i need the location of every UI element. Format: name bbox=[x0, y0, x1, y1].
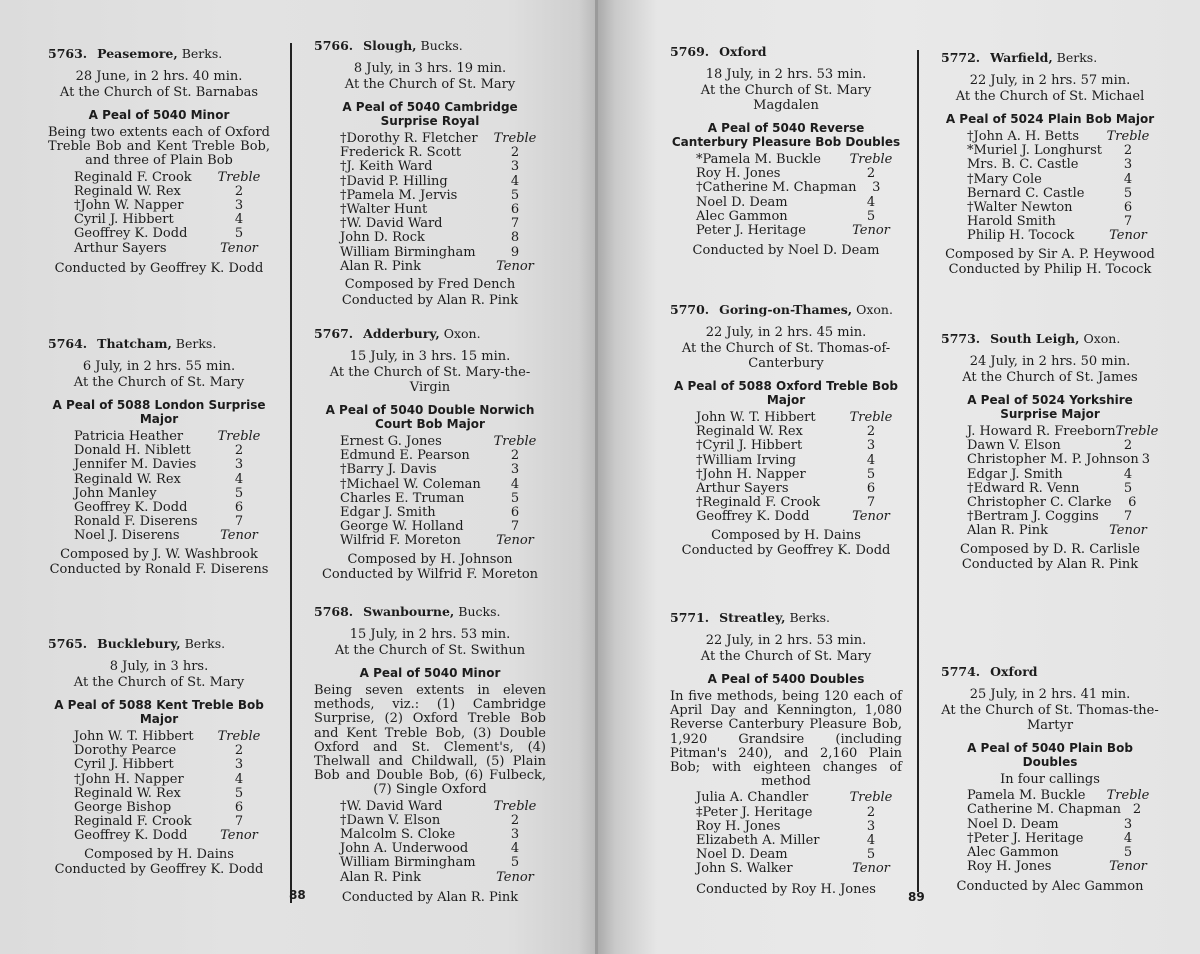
ringer-bell: Tenor bbox=[846, 224, 896, 238]
peal-entry: 5766.Slough, Bucks.8 July, in 3 hrs. 19 … bbox=[314, 38, 546, 326]
ringer-bell: 5 bbox=[1103, 187, 1153, 201]
ringer-row: Roy H. Jones2 bbox=[696, 167, 896, 181]
ringer-bell: 3 bbox=[214, 458, 264, 472]
ringer-name: †J. Keith Ward bbox=[340, 160, 432, 174]
ringer-row: William Birmingham5 bbox=[340, 856, 540, 870]
ringer-bell: 5 bbox=[490, 189, 540, 203]
ringer-row: Dawn V. Elson2 bbox=[967, 439, 1153, 453]
ringer-name: Arthur Sayers bbox=[696, 482, 789, 496]
peal-church: At the Church of St. Mary bbox=[48, 675, 270, 690]
peal-place: Oxford bbox=[719, 44, 766, 59]
peal-church: At the Church of St. Mary bbox=[48, 375, 270, 390]
ringer-row: John D. Rock8 bbox=[340, 231, 540, 245]
ringer-row: †Dawn V. Elson2 bbox=[340, 814, 540, 828]
ringer-row: Reginald W. Rex2 bbox=[74, 185, 264, 199]
peal-church: At the Church of St. Mary Magdalen bbox=[670, 83, 902, 113]
peal-entry: 5769.Oxford 18 July, in 2 hrs. 53 min.At… bbox=[670, 44, 902, 302]
ringer-row: Edgar J. Smith4 bbox=[967, 468, 1153, 482]
peal-heading: 5773.South Leigh, Oxon. bbox=[941, 331, 1159, 346]
peal-entry: 5768.Swanbourne, Bucks.15 July, in 2 hrs… bbox=[314, 604, 546, 905]
ringer-name: Julia A. Chandler bbox=[696, 791, 808, 805]
ringer-name: †John H. Napper bbox=[74, 773, 184, 787]
ringer-name: Cyril J. Hibbert bbox=[74, 213, 174, 227]
ringer-row: Cyril J. Hibbert4 bbox=[74, 213, 264, 227]
peal-county: Berks. bbox=[789, 610, 830, 625]
peal-title: A Peal of 5040 Double Norwich Court Bob … bbox=[314, 403, 546, 431]
ringer-name: Christopher M. P. Johnson bbox=[967, 453, 1139, 467]
ringer-bell: Tenor bbox=[846, 510, 896, 524]
peal-place: Peasemore, bbox=[97, 46, 178, 61]
peal-band: Julia A. ChandlerTreble‡Peter J. Heritag… bbox=[670, 791, 902, 876]
peal-conductor: Conducted by Wilfrid F. Moreton bbox=[314, 567, 546, 583]
ringer-name: Charles E. Truman bbox=[340, 492, 464, 506]
ringer-name: †John W. Napper bbox=[74, 199, 183, 213]
peal-conductor: Conducted by Alan R. Pink bbox=[314, 890, 546, 906]
peal-date: 22 July, in 2 hrs. 53 min. bbox=[670, 633, 902, 648]
peal-number: 5772. bbox=[941, 50, 980, 65]
ringer-row: †Edward R. Venn5 bbox=[967, 482, 1153, 496]
ringer-row: Geoffrey K. Dodd6 bbox=[74, 501, 264, 515]
peal-conductor: Conducted by Geoffrey K. Dodd bbox=[48, 261, 270, 277]
ringer-name: Reginald W. Rex bbox=[74, 185, 181, 199]
ringer-bell: Treble bbox=[846, 791, 896, 805]
peal-band: †John A. H. BettsTreble*Muriel J. Longhu… bbox=[941, 130, 1159, 244]
peal-church: At the Church of St. Mary-the-Virgin bbox=[314, 365, 546, 395]
ringer-bell: 3 bbox=[1103, 818, 1153, 832]
peal-place: Swanbourne, bbox=[363, 604, 454, 619]
ringer-bell: 5 bbox=[214, 227, 264, 241]
ringer-name: †David P. Hilling bbox=[340, 175, 448, 189]
ringer-name: Christopher C. Clarke bbox=[967, 496, 1112, 510]
peal-date: 24 July, in 2 hrs. 50 min. bbox=[941, 354, 1159, 369]
ringer-row: J. Howard R. FreebornTreble bbox=[967, 425, 1153, 439]
ringer-bell: Tenor bbox=[214, 829, 264, 843]
ringer-name: Noel J. Diserens bbox=[74, 529, 180, 543]
peal-conductor: Conducted by Ronald F. Diserens bbox=[48, 562, 270, 578]
ringer-bell: Treble bbox=[214, 730, 264, 744]
ringer-bell: 2 bbox=[846, 806, 896, 820]
peal-band: Ernest G. JonesTrebleEdmund E. Pearson2†… bbox=[314, 435, 546, 549]
ringer-name: †Michael W. Coleman bbox=[340, 478, 481, 492]
ringer-row: Alan R. PinkTenor bbox=[340, 871, 540, 885]
ringer-name: Donald H. Niblett bbox=[74, 444, 191, 458]
ringer-bell: 4 bbox=[490, 478, 540, 492]
peal-band: †W. David WardTreble†Dawn V. Elson2Malco… bbox=[314, 800, 546, 885]
ringer-name: Malcolm S. Cloke bbox=[340, 828, 455, 842]
ringer-row: †Barry J. Davis3 bbox=[340, 463, 540, 477]
ringer-name: †Walter Newton bbox=[967, 201, 1073, 215]
ringer-name: †Reginald F. Crook bbox=[696, 496, 820, 510]
peal-church: At the Church of St. Swithun bbox=[314, 643, 546, 658]
ringer-bell: Tenor bbox=[214, 529, 264, 543]
ringer-row: †J. Keith Ward3 bbox=[340, 160, 540, 174]
peal-title: A Peal of 5088 Oxford Treble Bob Major bbox=[670, 379, 902, 407]
ringer-bell: 2 bbox=[214, 444, 264, 458]
ringer-name: Peter J. Heritage bbox=[696, 224, 806, 238]
ringer-bell: 3 bbox=[490, 463, 540, 477]
peal-date: 15 July, in 3 hrs. 15 min. bbox=[314, 349, 546, 364]
peal-composer: Composed by J. W. Washbrook bbox=[48, 547, 270, 563]
column-r1: 5769.Oxford 18 July, in 2 hrs. 53 min.At… bbox=[670, 44, 902, 897]
peal-composer: Composed by H. Johnson bbox=[314, 552, 546, 568]
ringer-bell: 3 bbox=[1103, 158, 1153, 172]
ringer-row: Roy H. JonesTenor bbox=[967, 860, 1153, 874]
ringer-bell: 5 bbox=[490, 856, 540, 870]
peal-number: 5766. bbox=[314, 38, 353, 53]
ringer-name: †William Irving bbox=[696, 454, 796, 468]
ringer-bell: 4 bbox=[1103, 173, 1153, 187]
peal-composer: Composed by Fred Dench bbox=[314, 277, 546, 293]
peal-title: A Peal of 5040 Reverse Canterbury Pleasu… bbox=[670, 121, 902, 149]
ringer-row: †Michael W. Coleman4 bbox=[340, 478, 540, 492]
ringer-name: †Cyril J. Hibbert bbox=[696, 439, 802, 453]
ringer-bell: 5 bbox=[1103, 846, 1153, 860]
peal-number: 5768. bbox=[314, 604, 353, 619]
peal-title: A Peal of 5088 Kent Treble Bob Major bbox=[48, 698, 270, 726]
peal-band: †Dorothy R. FletcherTrebleFrederick R. S… bbox=[314, 132, 546, 274]
ringer-name: Philip H. Tocock bbox=[967, 229, 1074, 243]
ringer-bell: 3 bbox=[856, 181, 896, 195]
peal-place: Thatcham, bbox=[97, 336, 172, 351]
ringer-row: †Walter Hunt6 bbox=[340, 203, 540, 217]
peal-date: 22 July, in 2 hrs. 57 min. bbox=[941, 73, 1159, 88]
ringer-bell: 4 bbox=[1103, 468, 1153, 482]
ringer-bell: Tenor bbox=[846, 862, 896, 876]
peal-date: 8 July, in 3 hrs. 19 min. bbox=[314, 61, 546, 76]
peal-title: A Peal of 5040 Minor bbox=[314, 666, 546, 680]
ringer-row: †W. David WardTreble bbox=[340, 800, 540, 814]
ringer-bell: Tenor bbox=[1103, 229, 1153, 243]
peal-entry: 5770.Goring-on-Thames, Oxon.22 July, in … bbox=[670, 302, 902, 610]
peal-description: Being two extents each of Oxford Treble … bbox=[48, 126, 270, 169]
peal-band: J. Howard R. FreebornTrebleDawn V. Elson… bbox=[941, 425, 1159, 539]
ringer-name: †Dawn V. Elson bbox=[340, 814, 440, 828]
ringer-row: John Manley5 bbox=[74, 487, 264, 501]
peal-conductor: Conducted by Philip H. Tocock bbox=[941, 262, 1159, 278]
ringer-row: †Bertram J. Coggins7 bbox=[967, 510, 1153, 524]
peal-county: Berks. bbox=[182, 46, 223, 61]
peal-county: Oxon. bbox=[1083, 331, 1120, 346]
ringer-row: †John H. Napper4 bbox=[74, 773, 264, 787]
ringer-bell: 4 bbox=[846, 196, 896, 210]
ringer-row: †Catherine M. Chapman3 bbox=[696, 181, 896, 195]
ringer-bell: 3 bbox=[846, 820, 896, 834]
page-number-left: 88 bbox=[289, 888, 306, 902]
ringer-row: Noel D. Deam4 bbox=[696, 196, 896, 210]
ringer-name: †Catherine M. Chapman bbox=[696, 181, 856, 195]
peal-church: At the Church of St. Mary bbox=[670, 649, 902, 664]
ringer-row: Geoffrey K. Dodd5 bbox=[74, 227, 264, 241]
ringer-bell: Tenor bbox=[1103, 860, 1153, 874]
ringer-bell: 6 bbox=[490, 506, 540, 520]
ringer-bell: 3 bbox=[1139, 453, 1153, 467]
peal-title: A Peal of 5024 Yorkshire Surprise Major bbox=[941, 393, 1159, 421]
ringer-row: Pamela M. BuckleTreble bbox=[967, 789, 1153, 803]
ringer-name: Geoffrey K. Dodd bbox=[74, 829, 187, 843]
ringer-row: Peter J. HeritageTenor bbox=[696, 224, 896, 238]
ringer-row: †Mary Cole4 bbox=[967, 173, 1153, 187]
column-r2: 5772.Warfield, Berks.22 July, in 2 hrs. … bbox=[941, 50, 1159, 895]
peal-number: 5770. bbox=[670, 302, 709, 317]
ringer-name: Roy H. Jones bbox=[696, 167, 780, 181]
peal-church: At the Church of St. Michael bbox=[941, 89, 1159, 104]
ringer-row: Reginald F. CrookTreble bbox=[74, 171, 264, 185]
ringer-row: George Bishop6 bbox=[74, 801, 264, 815]
ringer-name: †W. David Ward bbox=[340, 800, 443, 814]
peal-place: Slough, bbox=[363, 38, 416, 53]
peal-number: 5774. bbox=[941, 664, 980, 679]
ringer-row: †Dorothy R. FletcherTreble bbox=[340, 132, 540, 146]
peal-conductor: Conducted by Geoffrey K. Dodd bbox=[48, 862, 270, 878]
ringer-bell: Treble bbox=[846, 153, 896, 167]
peal-entry: 5771.Streatley, Berks.22 July, in 2 hrs.… bbox=[670, 610, 902, 897]
peal-heading: 5774.Oxford bbox=[941, 664, 1159, 679]
ringer-row: Julia A. ChandlerTreble bbox=[696, 791, 896, 805]
ringer-name: ‡Peter J. Heritage bbox=[696, 806, 812, 820]
ringer-bell: 8 bbox=[490, 231, 540, 245]
peal-entry: 5772.Warfield, Berks.22 July, in 2 hrs. … bbox=[941, 50, 1159, 331]
peal-entry: 5763.Peasemore, Berks.28 June, in 2 hrs.… bbox=[48, 46, 270, 336]
ringer-row: Cyril J. Hibbert3 bbox=[74, 758, 264, 772]
peal-entry: 5764.Thatcham, Berks.6 July, in 2 hrs. 5… bbox=[48, 336, 270, 636]
peal-title: A Peal of 5040 Plain Bob Doubles bbox=[941, 741, 1159, 769]
peal-conductor: Conducted by Roy H. Jones bbox=[670, 882, 902, 898]
ringer-bell: 2 bbox=[490, 814, 540, 828]
column-divider-left bbox=[290, 43, 292, 903]
peal-conductor: Conducted by Geoffrey K. Dodd bbox=[670, 543, 902, 559]
ringer-row: Wilfrid F. MoretonTenor bbox=[340, 534, 540, 548]
ringer-row: Reginald W. Rex4 bbox=[74, 473, 264, 487]
peal-number: 5769. bbox=[670, 44, 709, 59]
ringer-name: John D. Rock bbox=[340, 231, 425, 245]
ringer-row: Noel J. DiserensTenor bbox=[74, 529, 264, 543]
ringer-bell: 5 bbox=[846, 210, 896, 224]
peal-composer: Composed by H. Dains bbox=[48, 847, 270, 863]
ringer-name: Reginald F. Crook bbox=[74, 171, 192, 185]
ringer-row: John S. WalkerTenor bbox=[696, 862, 896, 876]
ringer-bell: Treble bbox=[1103, 789, 1153, 803]
peal-composer: Composed by D. R. Carlisle bbox=[941, 542, 1159, 558]
ringer-bell: 2 bbox=[1121, 803, 1153, 817]
ringer-bell: 7 bbox=[214, 515, 264, 529]
ringer-bell: Treble bbox=[214, 430, 264, 444]
ringer-row: Reginald W. Rex2 bbox=[696, 425, 896, 439]
ringer-row: Christopher C. Clarke6 bbox=[967, 496, 1153, 510]
peal-description: In four callings bbox=[941, 773, 1159, 787]
peal-heading: 5772.Warfield, Berks. bbox=[941, 50, 1159, 65]
ringer-bell: Tenor bbox=[490, 871, 540, 885]
ringer-name: Reginald W. Rex bbox=[74, 473, 181, 487]
ringer-bell: 4 bbox=[490, 842, 540, 856]
ringer-name: Cyril J. Hibbert bbox=[74, 758, 174, 772]
ringer-bell: 3 bbox=[490, 160, 540, 174]
peal-date: 25 July, in 2 hrs. 41 min. bbox=[941, 687, 1159, 702]
ringer-bell: 5 bbox=[490, 492, 540, 506]
ringer-row: Christopher M. P. Johnson3 bbox=[967, 453, 1153, 467]
ringer-row: *Muriel J. Longhurst2 bbox=[967, 144, 1153, 158]
ringer-name: †John H. Napper bbox=[696, 468, 806, 482]
ringer-row: Roy H. Jones3 bbox=[696, 820, 896, 834]
ringer-bell: 5 bbox=[1103, 482, 1153, 496]
peal-heading: 5763.Peasemore, Berks. bbox=[48, 46, 270, 61]
peal-band: Patricia HeatherTrebleDonald H. Niblett2… bbox=[48, 430, 270, 544]
ringer-row: Frederick R. Scott2 bbox=[340, 146, 540, 160]
ringer-bell: 2 bbox=[1103, 144, 1153, 158]
ringer-name: Ronald F. Diserens bbox=[74, 515, 198, 529]
ringer-bell: 4 bbox=[846, 834, 896, 848]
peal-county: Berks. bbox=[176, 336, 217, 351]
peal-date: 6 July, in 2 hrs. 55 min. bbox=[48, 359, 270, 374]
peal-place: South Leigh, bbox=[990, 331, 1079, 346]
ringer-bell: 3 bbox=[490, 828, 540, 842]
ringer-row: Edmund E. Pearson2 bbox=[340, 449, 540, 463]
ringer-row: Donald H. Niblett2 bbox=[74, 444, 264, 458]
peal-composer: Composed by H. Dains bbox=[670, 528, 902, 544]
ringer-row: John W. T. HibbertTreble bbox=[696, 411, 896, 425]
peal-heading: 5771.Streatley, Berks. bbox=[670, 610, 902, 625]
ringer-bell: 2 bbox=[846, 425, 896, 439]
ringer-name: William Birmingham bbox=[340, 856, 476, 870]
ringer-name: Edgar J. Smith bbox=[967, 468, 1063, 482]
ringer-name: John W. T. Hibbert bbox=[74, 730, 194, 744]
peal-number: 5765. bbox=[48, 636, 87, 651]
ringer-name: Elizabeth A. Miller bbox=[696, 834, 820, 848]
ringer-name: Patricia Heather bbox=[74, 430, 183, 444]
ringer-bell: Treble bbox=[490, 435, 540, 449]
ringer-row: Reginald W. Rex5 bbox=[74, 787, 264, 801]
ringer-row: †Pamela M. Jervis5 bbox=[340, 189, 540, 203]
ringer-bell: Tenor bbox=[1103, 524, 1153, 538]
peal-place: Goring-on-Thames, bbox=[719, 302, 852, 317]
peal-conductor: Conducted by Alec Gammon bbox=[941, 879, 1159, 895]
peal-band: Pamela M. BuckleTrebleCatherine M. Chapm… bbox=[941, 789, 1159, 874]
ringer-name: Edgar J. Smith bbox=[340, 506, 436, 520]
ringer-name: Roy H. Jones bbox=[696, 820, 780, 834]
ringer-name: Dorothy Pearce bbox=[74, 744, 176, 758]
ringer-bell: 3 bbox=[846, 439, 896, 453]
ringer-name: Reginald W. Rex bbox=[696, 425, 803, 439]
ringer-bell: 7 bbox=[490, 217, 540, 231]
peal-date: 28 June, in 2 hrs. 40 min. bbox=[48, 69, 270, 84]
ringer-name: Mrs. B. C. Castle bbox=[967, 158, 1078, 172]
column-l1: 5763.Peasemore, Berks.28 June, in 2 hrs.… bbox=[48, 46, 270, 878]
peal-church: At the Church of St. Barnabas bbox=[48, 85, 270, 100]
ringer-row: †Cyril J. Hibbert3 bbox=[696, 439, 896, 453]
ringer-bell: 6 bbox=[1112, 496, 1153, 510]
ringer-name: Catherine M. Chapman bbox=[967, 803, 1121, 817]
ringer-bell: 9 bbox=[490, 246, 540, 260]
ringer-name: Alan R. Pink bbox=[340, 871, 421, 885]
ringer-bell: 4 bbox=[490, 175, 540, 189]
ringer-row: Geoffrey K. DoddTenor bbox=[74, 829, 264, 843]
peal-number: 5764. bbox=[48, 336, 87, 351]
ringer-name: Geoffrey K. Dodd bbox=[74, 227, 187, 241]
peal-conductor: Conducted by Noel D. Deam bbox=[670, 243, 902, 259]
ringer-row: †W. David Ward7 bbox=[340, 217, 540, 231]
ringer-row: Harold Smith7 bbox=[967, 215, 1153, 229]
peal-heading: 5770.Goring-on-Thames, Oxon. bbox=[670, 302, 902, 317]
ringer-row: Jennifer M. Davies3 bbox=[74, 458, 264, 472]
ringer-bell: 2 bbox=[846, 167, 896, 181]
ringer-name: Reginald F. Crook bbox=[74, 815, 192, 829]
page-number-right: 89 bbox=[908, 890, 925, 904]
ringer-name: Roy H. Jones bbox=[967, 860, 1051, 874]
peal-entry: 5767.Adderbury, Oxon.15 July, in 3 hrs. … bbox=[314, 326, 546, 604]
peal-date: 18 July, in 2 hrs. 53 min. bbox=[670, 67, 902, 82]
ringer-name: †Bertram J. Coggins bbox=[967, 510, 1099, 524]
ringer-bell: 3 bbox=[214, 758, 264, 772]
peal-county: Berks. bbox=[185, 636, 226, 651]
ringer-row: Dorothy Pearce2 bbox=[74, 744, 264, 758]
ringer-row: Catherine M. Chapman2 bbox=[967, 803, 1153, 817]
ringer-bell: 7 bbox=[490, 520, 540, 534]
peal-conductor: Conducted by Alan R. Pink bbox=[314, 293, 546, 309]
ringer-row: Bernard C. Castle5 bbox=[967, 187, 1153, 201]
peal-county: Oxon. bbox=[444, 326, 481, 341]
peal-band: John W. T. HibbertTrebleReginald W. Rex2… bbox=[670, 411, 902, 525]
ringer-bell: 6 bbox=[490, 203, 540, 217]
ringer-bell: 2 bbox=[214, 185, 264, 199]
ringer-name: Dawn V. Elson bbox=[967, 439, 1061, 453]
ringer-bell: 4 bbox=[846, 454, 896, 468]
ringer-bell: 6 bbox=[1103, 201, 1153, 215]
ringer-bell: 4 bbox=[214, 773, 264, 787]
ringer-name: †Peter J. Heritage bbox=[967, 832, 1083, 846]
peal-composer: Composed by Sir A. P. Heywood bbox=[941, 247, 1159, 263]
peal-place: Oxford bbox=[990, 664, 1037, 679]
ringer-bell: 2 bbox=[214, 744, 264, 758]
ringer-name: Wilfrid F. Moreton bbox=[340, 534, 461, 548]
ringer-name: *Muriel J. Longhurst bbox=[967, 144, 1102, 158]
ringer-bell: 5 bbox=[846, 848, 896, 862]
ringer-bell: 7 bbox=[846, 496, 896, 510]
ringer-bell: Treble bbox=[846, 411, 896, 425]
ringer-row: Philip H. TocockTenor bbox=[967, 229, 1153, 243]
ringer-name: John A. Underwood bbox=[340, 842, 468, 856]
ringer-row: †John A. H. BettsTreble bbox=[967, 130, 1153, 144]
ringer-row: Alan R. PinkTenor bbox=[340, 260, 540, 274]
ringer-row: Alan R. PinkTenor bbox=[967, 524, 1153, 538]
ringer-name: Noel D. Deam bbox=[696, 848, 788, 862]
peal-title: A Peal of 5024 Plain Bob Major bbox=[941, 112, 1159, 126]
peal-church: At the Church of St. Thomas-of-Canterbur… bbox=[670, 341, 902, 371]
peal-conductor: Conducted by Alan R. Pink bbox=[941, 557, 1159, 573]
ringer-row: †Walter Newton6 bbox=[967, 201, 1153, 215]
peal-number: 5767. bbox=[314, 326, 353, 341]
peal-title: A Peal of 5040 Minor bbox=[48, 108, 270, 122]
ringer-name: Alec Gammon bbox=[696, 210, 788, 224]
ringer-bell: 6 bbox=[214, 501, 264, 515]
ringer-bell: 2 bbox=[1103, 439, 1153, 453]
ringer-row: Reginald F. Crook7 bbox=[74, 815, 264, 829]
peal-county: Berks. bbox=[1057, 50, 1098, 65]
ringer-name: Geoffrey K. Dodd bbox=[696, 510, 809, 524]
ringer-name: Alan R. Pink bbox=[340, 260, 421, 274]
ringer-row: Noel D. Deam3 bbox=[967, 818, 1153, 832]
peal-heading: 5765.Bucklebury, Berks. bbox=[48, 636, 270, 651]
ringer-row: George W. Holland7 bbox=[340, 520, 540, 534]
column-l2: 5766.Slough, Bucks.8 July, in 3 hrs. 19 … bbox=[314, 38, 546, 905]
ringer-bell: Treble bbox=[1116, 425, 1159, 439]
peal-date: 22 July, in 2 hrs. 45 min. bbox=[670, 325, 902, 340]
ringer-name: Edmund E. Pearson bbox=[340, 449, 470, 463]
peal-entry: 5773.South Leigh, Oxon.24 July, in 2 hrs… bbox=[941, 331, 1159, 664]
ringer-name: †Edward R. Venn bbox=[967, 482, 1080, 496]
ringer-bell: 5 bbox=[846, 468, 896, 482]
ringer-row: Edgar J. Smith6 bbox=[340, 506, 540, 520]
ringer-bell: Tenor bbox=[490, 534, 540, 548]
ringer-name: *Pamela M. Buckle bbox=[696, 153, 821, 167]
